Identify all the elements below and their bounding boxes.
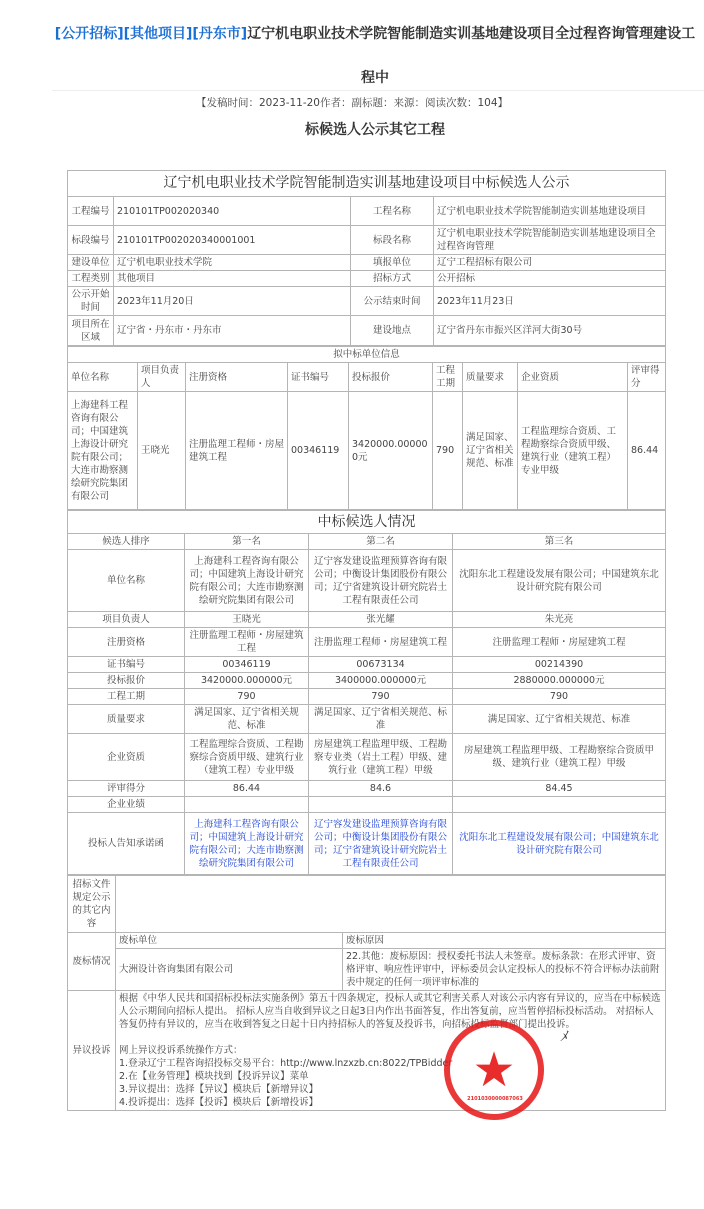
- title-line-1: 辽宁机电职业技术学院智能制造实训基地建设项目全过程咨询管理建设工程中: [247, 26, 695, 86]
- info-label: 标段名称: [351, 226, 434, 255]
- cell: 房屋建筑工程监理甲级、工程勘察专业类（岩土工程）甲级、建筑行业（建筑工程）甲级: [309, 734, 453, 781]
- table-row: 质量要求 满足国家、辽宁省相关规范、标准 满足国家、辽宁省相关规范、标准 满足国…: [68, 705, 666, 734]
- cell: 注册监理工程师・房屋建筑工程: [309, 628, 453, 657]
- info-label: 项目所在区域: [68, 316, 114, 346]
- cell: 84.45: [453, 781, 666, 797]
- cell: 00673134: [309, 657, 453, 673]
- objection-step-4: 4.投诉提出：选择【投诉】模块后【新增投诉】: [119, 1096, 662, 1109]
- info-value: 辽宁省・丹东市・丹东市: [114, 316, 351, 346]
- pledge-letter-link-2[interactable]: 辽宁容发建设监理预算咨询有限公司；中衡设计集团股份有限公司；辽宁省建筑设计研究院…: [309, 813, 453, 875]
- row-label: 投标人告知承诺函: [68, 813, 185, 875]
- row-label: 项目负责人: [68, 612, 185, 628]
- row-label: 企业业绩: [68, 797, 185, 813]
- column-header: 评审得分: [628, 363, 666, 392]
- table-row: 评审得分 86.44 84.6 84.45: [68, 781, 666, 797]
- column-header: 质量要求: [463, 363, 518, 392]
- cell: 辽宁容发建设监理预算咨询有限公司；中衡设计集团股份有限公司；辽宁省建筑设计研究院…: [309, 550, 453, 612]
- column-header: 工程工期: [433, 363, 463, 392]
- objection-steps-title: 网上异议投诉系统操作方式：: [119, 1044, 662, 1057]
- cell: [185, 797, 309, 813]
- table-row: 企业业绩: [68, 797, 666, 813]
- info-value: 2023年11月20日: [114, 287, 351, 316]
- cell: 王晓光: [185, 612, 309, 628]
- cell: 注册监理工程师・房屋建筑工程: [453, 628, 666, 657]
- pledge-letter-link-1[interactable]: 上海建科工程咨询有限公司；中国建筑上海设计研究院有限公司；大连市勘察测绘研究院集…: [185, 813, 309, 875]
- rank-label: 候选人排序: [68, 534, 185, 550]
- info-label: 工程名称: [351, 197, 434, 226]
- cell: 满足国家、辽宁省相关规范、标准: [309, 705, 453, 734]
- cell-cert-no: 00346119: [288, 392, 349, 510]
- cell-duration: 790: [433, 392, 463, 510]
- winner-info-table: 拟中标单位信息 单位名称 项目负责人 注册资格 证书编号 投标报价 工程工期 质…: [67, 346, 666, 510]
- row-label: 企业资质: [68, 734, 185, 781]
- cell-quality: 满足国家、辽宁省相关规范、标准: [463, 392, 518, 510]
- pledge-letter-link-3[interactable]: 沈阳东北工程建设发展有限公司；中国建筑东北设计研究院有限公司: [453, 813, 666, 875]
- rejection-reason-header: 废标原因: [343, 933, 666, 949]
- info-value: 其他项目: [114, 271, 351, 287]
- info-value: 辽宁机电职业技术学院智能制造实训基地建设项目全过程咨询管理: [434, 226, 666, 255]
- info-value: 210101TP002020340: [114, 197, 351, 226]
- title-line-2: 标候选人公示其它工程: [50, 108, 700, 152]
- cell: 朱光亮: [453, 612, 666, 628]
- info-label: 公示开始时间: [68, 287, 114, 316]
- info-label: 工程编号: [68, 197, 114, 226]
- rejection-unit-header: 废标单位: [116, 933, 343, 949]
- tag-link-bidding-type[interactable]: [公开招标]: [55, 26, 124, 42]
- other-info-table: 招标文件规定公示的其它内容 废标情况 废标单位 废标原因 大洲设计咨询集团有限公…: [67, 875, 666, 1111]
- objection-paragraph: 根据《中华人民共和国招标投标法实施条例》第五十四条规定，投标人或其它利害关系人对…: [119, 992, 662, 1031]
- table-row: 工程工期 790 790 790: [68, 689, 666, 705]
- cell: 00346119: [185, 657, 309, 673]
- objection-step-2: 2.在【业务管理】模块找到【投诉异议】菜单: [119, 1070, 662, 1083]
- cell: 工程监理综合资质、工程勘察综合资质甲级、建筑行业（建筑工程）专业甲级: [185, 734, 309, 781]
- cell: 满足国家、辽宁省相关规范、标准: [185, 705, 309, 734]
- cell: 84.6: [309, 781, 453, 797]
- candidates-title: 中标候选人情况: [68, 511, 666, 534]
- table-row: 企业资质 工程监理综合资质、工程勘察综合资质甲级、建筑行业（建筑工程）专业甲级 …: [68, 734, 666, 781]
- row-label: 证书编号: [68, 657, 185, 673]
- row-label: 单位名称: [68, 550, 185, 612]
- row-label: 评审得分: [68, 781, 185, 797]
- cell: 张光耀: [309, 612, 453, 628]
- info-value: 210101TP002020340001001: [114, 226, 351, 255]
- column-header: 证书编号: [288, 363, 349, 392]
- row-label: 质量要求: [68, 705, 185, 734]
- article-meta: 【发稿时间：2023-11-20作者：副标题：来源：阅读次数：104】: [0, 95, 704, 110]
- cell-company-qualification: 工程监理综合资质、工程勘察综合资质甲级、建筑行业（建筑工程）专业甲级: [518, 392, 628, 510]
- other-content-value: [116, 876, 666, 933]
- cell: [453, 797, 666, 813]
- cell: 790: [453, 689, 666, 705]
- info-value: 公开招标: [434, 271, 666, 287]
- cell: 2880000.000000元: [453, 673, 666, 689]
- info-value: 辽宁省丹东市振兴区洋河大街30号: [434, 316, 666, 346]
- column-header: 注册资格: [186, 363, 288, 392]
- row-label: 工程工期: [68, 689, 185, 705]
- cell-bid-price: 3420000.000000元: [349, 392, 433, 510]
- info-value: 辽宁机电职业技术学院: [114, 255, 351, 271]
- table-row: 投标报价 3420000.000000元 3400000.000000元 288…: [68, 673, 666, 689]
- info-value: 辽宁工程招标有限公司: [434, 255, 666, 271]
- table-row: 证书编号 00346119 00673134 00214390: [68, 657, 666, 673]
- winner-section-title: 拟中标单位信息: [68, 347, 666, 363]
- cell: 沈阳东北工程建设发展有限公司；中国建筑东北设计研究院有限公司: [453, 550, 666, 612]
- row-label: 投标报价: [68, 673, 185, 689]
- column-header: 投标报价: [349, 363, 433, 392]
- info-label: 公示结束时间: [351, 287, 434, 316]
- info-value: 辽宁机电职业技术学院智能制造实训基地建设项目: [434, 197, 666, 226]
- rejection-reason: 22.其他：废标原因：授权委托书法人未签章。废标条款：在形式评审、资格评审、响应…: [343, 949, 666, 991]
- cell: 房屋建筑工程监理甲级、工程勘察综合资质甲级、建筑行业（建筑工程）甲级: [453, 734, 666, 781]
- cell: 00214390: [453, 657, 666, 673]
- row-label: 注册资格: [68, 628, 185, 657]
- table-row: 项目负责人 王晓光 张光耀 朱光亮: [68, 612, 666, 628]
- title-divider: [52, 90, 704, 91]
- article-title: [公开招标][其他项目][丹东市]辽宁机电职业技术学院智能制造实训基地建设项目全…: [50, 12, 700, 152]
- info-label: 建设地点: [351, 316, 434, 346]
- cell: [309, 797, 453, 813]
- rank-2: 第二名: [309, 534, 453, 550]
- candidates-table: 中标候选人情况 候选人排序 第一名 第二名 第三名 单位名称 上海建科工程咨询有…: [67, 510, 666, 875]
- project-info-table: 辽宁机电职业技术学院智能制造实训基地建设项目中标候选人公示 工程编号 21010…: [67, 170, 666, 346]
- cell: 注册监理工程师・房屋建筑工程: [185, 628, 309, 657]
- cell: 790: [309, 689, 453, 705]
- cell: 86.44: [185, 781, 309, 797]
- info-label: 招标方式: [351, 271, 434, 287]
- info-value: 2023年11月23日: [434, 287, 666, 316]
- rejection-label: 废标情况: [68, 933, 116, 991]
- cell-score: 86.44: [628, 392, 666, 510]
- objection-step-1: 1.登录辽宁工程咨询招投标交易平台：http://www.lnzxzb.cn:8…: [119, 1057, 662, 1070]
- rank-1: 第一名: [185, 534, 309, 550]
- cell-manager: 王晓光: [138, 392, 186, 510]
- info-label: 填报单位: [351, 255, 434, 271]
- info-label: 工程类别: [68, 271, 114, 287]
- other-content-label: 招标文件规定公示的其它内容: [68, 876, 116, 933]
- cell-unit-name: 上海建科工程咨询有限公司；中国建筑上海设计研究院有限公司；大连市勘察测绘研究院集…: [68, 392, 138, 510]
- tag-link-project-type[interactable]: [其他项目]: [124, 26, 193, 42]
- table-row: 投标人告知承诺函 上海建科工程咨询有限公司；中国建筑上海设计研究院有限公司；大连…: [68, 813, 666, 875]
- info-label: 标段编号: [68, 226, 114, 255]
- info-label: 建设单位: [68, 255, 114, 271]
- tag-link-city[interactable]: [丹东市]: [192, 26, 247, 42]
- cell: 3420000.000000元: [185, 673, 309, 689]
- cell: 上海建科工程咨询有限公司；中国建筑上海设计研究院有限公司；大连市勘察测绘研究院集…: [185, 550, 309, 612]
- column-header: 单位名称: [68, 363, 138, 392]
- cell-qualification: 注册监理工程师・房屋建筑工程: [186, 392, 288, 510]
- cell: 3400000.000000元: [309, 673, 453, 689]
- cell: 790: [185, 689, 309, 705]
- cell: 满足国家、辽宁省相关规范、标准: [453, 705, 666, 734]
- table-row: 上海建科工程咨询有限公司；中国建筑上海设计研究院有限公司；大连市勘察测绘研究院集…: [68, 392, 666, 510]
- rank-3: 第三名: [453, 534, 666, 550]
- table-row: 单位名称 上海建科工程咨询有限公司；中国建筑上海设计研究院有限公司；大连市勘察测…: [68, 550, 666, 612]
- objection-label: 异议投诉: [68, 991, 116, 1111]
- notice-document: 辽宁机电职业技术学院智能制造实训基地建设项目中标候选人公示 工程编号 21010…: [67, 170, 665, 1111]
- objection-step-3: 3.异议提出：选择【异议】模块后【新增异议】: [119, 1083, 662, 1096]
- table-row: 注册资格 注册监理工程师・房屋建筑工程 注册监理工程师・房屋建筑工程 注册监理工…: [68, 628, 666, 657]
- notice-title: 辽宁机电职业技术学院智能制造实训基地建设项目中标候选人公示: [68, 171, 666, 197]
- rejection-unit: 大洲设计咨询集团有限公司: [116, 949, 343, 991]
- column-header: 项目负责人: [138, 363, 186, 392]
- column-header: 企业资质: [518, 363, 628, 392]
